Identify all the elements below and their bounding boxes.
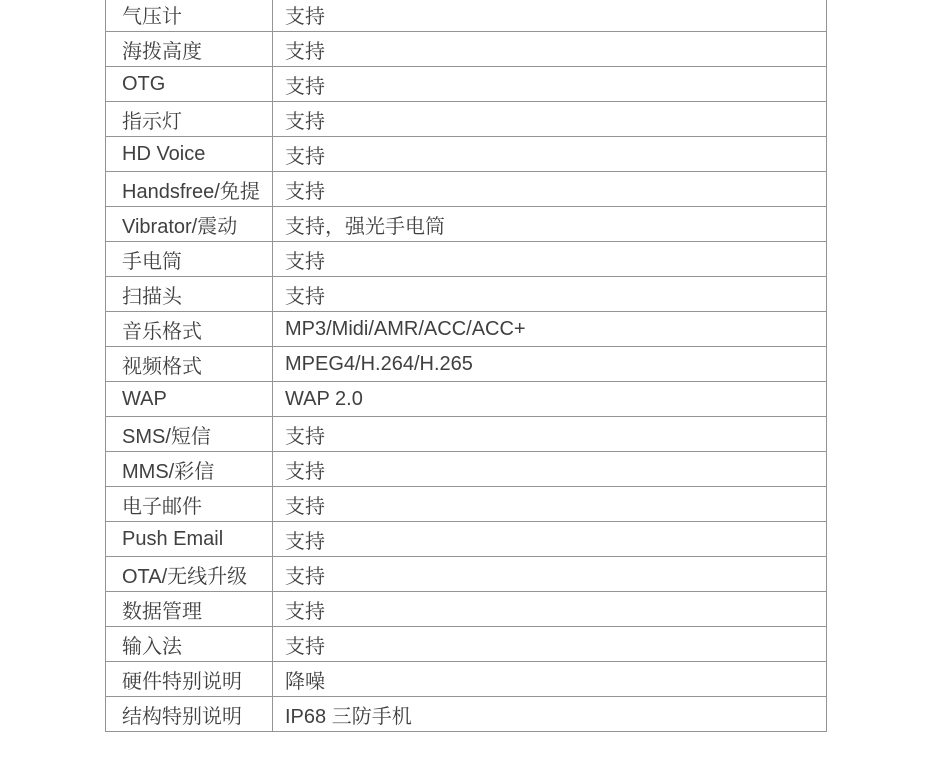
spec-row-label: WAP — [106, 382, 273, 417]
spec-row-label: MMS/彩信 — [106, 452, 273, 487]
spec-row-label: Push Email — [106, 522, 273, 557]
spec-row-label: 电子邮件 — [106, 487, 273, 522]
spec-row-label: 气压计 — [106, 0, 273, 32]
product-spec-page: 气压计支持海拨高度支持OTG支持指示灯支持HD Voice支持Handsfree… — [0, 0, 935, 772]
spec-row-label: Vibrator/震动 — [106, 207, 273, 242]
table-row: WAPWAP 2.0 — [106, 382, 827, 417]
spec-row-label: 海拨高度 — [106, 32, 273, 67]
spec-row-value: MP3/Midi/AMR/ACC/ACC+ — [273, 312, 827, 347]
spec-row-value: 支持 — [273, 172, 827, 207]
spec-row-label: 硬件特别说明 — [106, 662, 273, 697]
spec-row-label: Handsfree/免提 — [106, 172, 273, 207]
spec-row-value: 支持，强光手电筒 — [273, 207, 827, 242]
spec-row-label: OTA/无线升级 — [106, 557, 273, 592]
spec-row-value: 支持 — [273, 67, 827, 102]
spec-row-value: 支持 — [273, 137, 827, 172]
spec-row-value: IP68 三防手机 — [273, 697, 827, 732]
spec-row-value: 支持 — [273, 452, 827, 487]
spec-row-value: 支持 — [273, 592, 827, 627]
spec-row-label: 手电筒 — [106, 242, 273, 277]
table-row: 结构特别说明IP68 三防手机 — [106, 697, 827, 732]
spec-table: 气压计支持海拨高度支持OTG支持指示灯支持HD Voice支持Handsfree… — [105, 0, 827, 732]
spec-row-value: 支持 — [273, 487, 827, 522]
spec-row-label: 结构特别说明 — [106, 697, 273, 732]
spec-row-label: 输入法 — [106, 627, 273, 662]
spec-row-label: 数据管理 — [106, 592, 273, 627]
spec-row-label: 指示灯 — [106, 102, 273, 137]
spec-table-body: 气压计支持海拨高度支持OTG支持指示灯支持HD Voice支持Handsfree… — [106, 0, 827, 732]
table-row: 扫描头支持 — [106, 277, 827, 312]
spec-table-container: 气压计支持海拨高度支持OTG支持指示灯支持HD Voice支持Handsfree… — [105, 0, 829, 732]
spec-row-label: 音乐格式 — [106, 312, 273, 347]
table-row: OTG支持 — [106, 67, 827, 102]
spec-row-value: 支持 — [273, 102, 827, 137]
spec-row-value: 支持 — [273, 32, 827, 67]
spec-row-label: HD Voice — [106, 137, 273, 172]
table-row: 视频格式MPEG4/H.264/H.265 — [106, 347, 827, 382]
table-row: 硬件特别说明降噪 — [106, 662, 827, 697]
table-row: 电子邮件支持 — [106, 487, 827, 522]
table-row: Push Email支持 — [106, 522, 827, 557]
table-row: SMS/短信支持 — [106, 417, 827, 452]
table-row: HD Voice支持 — [106, 137, 827, 172]
table-row: Vibrator/震动支持，强光手电筒 — [106, 207, 827, 242]
spec-row-label: 视频格式 — [106, 347, 273, 382]
spec-row-label: 扫描头 — [106, 277, 273, 312]
table-row: 海拨高度支持 — [106, 32, 827, 67]
table-row: 输入法支持 — [106, 627, 827, 662]
table-row: 气压计支持 — [106, 0, 827, 32]
spec-row-value: WAP 2.0 — [273, 382, 827, 417]
spec-row-value: 支持 — [273, 627, 827, 662]
spec-row-value: MPEG4/H.264/H.265 — [273, 347, 827, 382]
spec-row-value: 支持 — [273, 277, 827, 312]
table-row: 手电筒支持 — [106, 242, 827, 277]
table-row: 音乐格式MP3/Midi/AMR/ACC/ACC+ — [106, 312, 827, 347]
spec-row-value: 支持 — [273, 242, 827, 277]
table-row: OTA/无线升级支持 — [106, 557, 827, 592]
table-row: MMS/彩信支持 — [106, 452, 827, 487]
spec-row-value: 降噪 — [273, 662, 827, 697]
table-row: 指示灯支持 — [106, 102, 827, 137]
spec-row-label: OTG — [106, 67, 273, 102]
table-row: 数据管理支持 — [106, 592, 827, 627]
table-row: Handsfree/免提支持 — [106, 172, 827, 207]
spec-row-value: 支持 — [273, 522, 827, 557]
spec-row-value: 支持 — [273, 417, 827, 452]
spec-row-value: 支持 — [273, 557, 827, 592]
spec-row-label: SMS/短信 — [106, 417, 273, 452]
spec-row-value: 支持 — [273, 0, 827, 32]
